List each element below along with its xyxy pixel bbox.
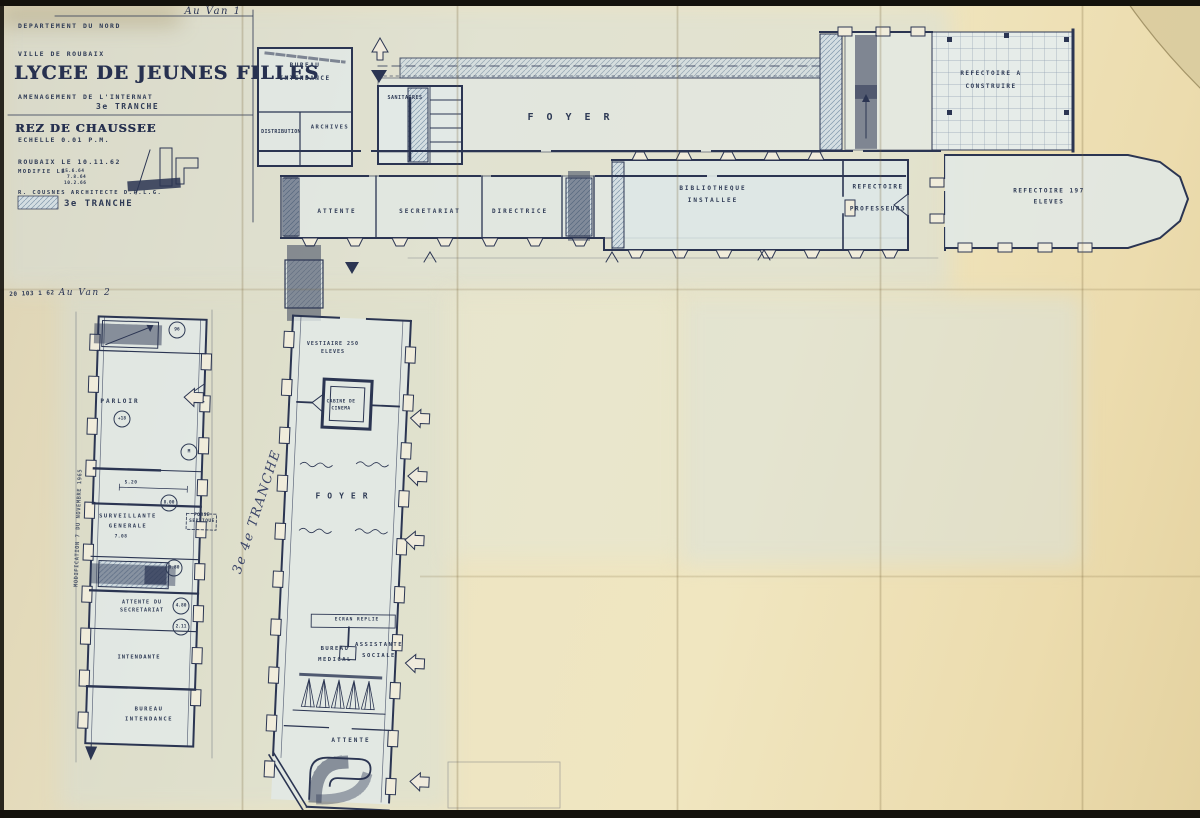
room-refectoire-a-construire: REFECTOIRE A CONSTRUIRE	[951, 67, 1031, 93]
mark-211: 2.11	[173, 619, 190, 636]
file-reference: 20 103 1 62	[9, 288, 55, 299]
room-attente-lower: ATTENTE	[331, 736, 370, 746]
room-refectoire-professeurs: REFECTOIRE PROFESSEURS	[842, 176, 914, 219]
floor-plan-sheet: Au Van 1 20 103 1 62 Au Van 2 DEPARTEMEN…	[0, 0, 1200, 818]
modified-date-3: 10.2.66	[64, 180, 86, 187]
modified-label: MODIFIE LE	[18, 168, 66, 177]
room-vestiaire: VESTIAIRE 250 ELEVES	[302, 340, 364, 356]
room-foyer-main: FOYER	[527, 110, 622, 126]
scale-label: ECHELLE 0.01 P.M.	[18, 135, 110, 145]
room-foyer-lower: FOYER	[315, 491, 374, 504]
room-bureau-intendance: BUREAU INTENDANCE	[270, 59, 340, 85]
room-attente: ATTENTE	[317, 207, 356, 217]
mark-480: 4.80	[173, 598, 190, 615]
dim-708: 7.08	[115, 533, 128, 540]
mark-M: M	[181, 444, 198, 461]
room-intendante: INTENDANTE	[117, 654, 160, 663]
room-bureau-intendance-2: BUREAU INTENDANCE	[117, 705, 181, 726]
room-surveillante-generale: SURVEILLANTE GENERALE	[84, 512, 172, 533]
room-sanitaires: SANITAIRES	[387, 94, 422, 102]
mark-96: 96	[169, 322, 186, 339]
ecran-replie-label: ECRAN REPLIE	[335, 616, 380, 623]
dim-520: 5.20	[125, 479, 138, 486]
stamp-au-van-2: Au Van 2	[59, 286, 112, 300]
room-cabine-cinema: CABINE DE CINEMA	[323, 399, 359, 413]
fosse-septique-label: FOSSE SEPTIQUE	[185, 513, 219, 525]
mark-080: 0.80	[166, 560, 183, 577]
room-parloir: PARLOIR	[100, 397, 139, 407]
mark-800: 8.00	[161, 495, 178, 512]
courtyard-arrow-icon	[345, 262, 359, 274]
room-distribution: DISTRIBUTION	[261, 128, 301, 136]
room-bibliotheque: BIBLIOTHEQUE INSTALLEE	[663, 183, 763, 207]
room-assistante-sociale: ASSISTANTE SOCIALE	[348, 640, 410, 662]
mark-plus18: +18	[114, 411, 131, 428]
room-secretariat: SECRETARIAT	[399, 207, 461, 217]
room-archives: ARCHIVES	[311, 124, 350, 133]
date-label: ROUBAIX LE 10.11.62	[18, 157, 121, 167]
phase-label: 3e TRANCHE	[96, 101, 159, 114]
legend-3e-tranche: 3e TRANCHE	[64, 197, 133, 211]
room-attente-du-secretariat: ATTENTE DU SECRETARIAT	[110, 600, 174, 615]
room-directrice: DIRECTRICE	[492, 207, 548, 217]
room-refectoire-eleves: REFECTOIRE 197 ELEVES	[1009, 186, 1089, 209]
stamp-au-van-1: Au Van 1	[184, 4, 241, 20]
department-label: DEPARTEMENT DU NORD	[18, 21, 121, 31]
